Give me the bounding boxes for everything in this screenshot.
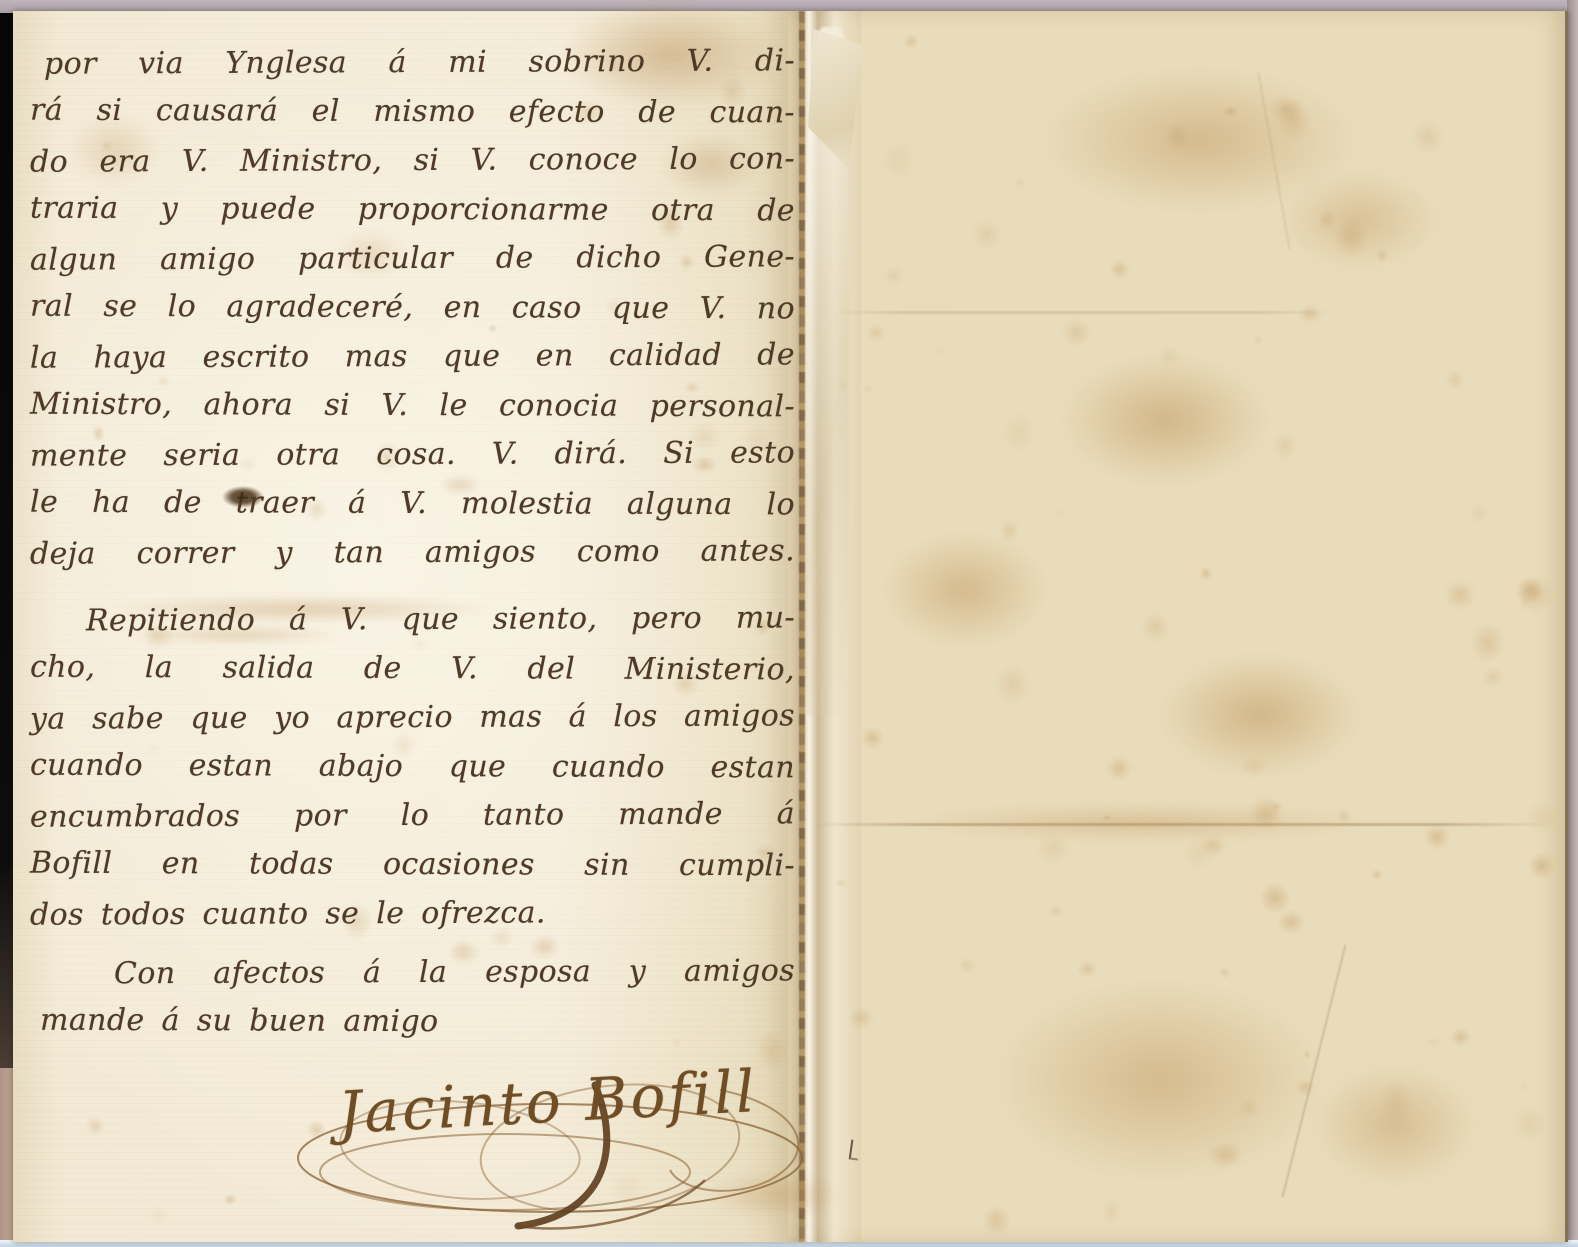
letter-scan: por via Ynglesa á mi sobrino V. di-rá si… [0, 0, 1578, 1247]
letter-line: cho, la salida de V. del Ministerio, [30, 643, 795, 695]
letter-line: cuando estan abajo que cuando estan [30, 741, 795, 793]
letter-line: do era V. Ministro, si V. conoce lo con- [30, 134, 795, 186]
horizontal-crease [813, 823, 1553, 826]
scan-background-right [1567, 0, 1578, 1247]
letter-line: algun amigo particular de dicho Gene- [30, 232, 795, 284]
letter-line: por via Ynglesa á mi sobrino V. di- [30, 36, 795, 88]
letter-line: Con afectos á la esposa y amigos [30, 946, 795, 998]
letter-line: ya sabe que yo aprecio mas á los amigos [30, 691, 795, 743]
horizontal-crease-faint [833, 311, 1333, 314]
letter-line: encumbrados por lo tanto mande á [30, 789, 795, 841]
letter-text: por via Ynglesa á mi sobrino V. di-rá si… [30, 38, 795, 1046]
letter-line: rá si causará el mismo efecto de cuan- [30, 86, 795, 138]
letter-line: traria y puede proporcionarme otra de [30, 184, 795, 236]
signature-block: Jacinto Bofill [250, 1030, 850, 1242]
letter-page-right [788, 11, 1568, 1242]
letter-line: le ha de traer á V. molestia alguna lo [30, 478, 795, 530]
letter-paragraph: Repitiendo á V. que siento, pero mu-cho,… [30, 595, 795, 938]
letter-line: la haya escrito mas que en calidad de [30, 330, 795, 382]
letter-line: Repitiendo á V. que siento, pero mu- [30, 593, 795, 645]
letter-line: deja correr y tan amigos como antes. [30, 526, 795, 578]
letter-line: ral se lo agradeceré, en caso que V. no [30, 282, 795, 334]
letter-paragraph: por via Ynglesa á mi sobrino V. di-rá si… [30, 38, 795, 577]
letter-line: Ministro, ahora si V. le conocia persona… [30, 380, 795, 432]
scan-background-left [0, 13, 13, 1068]
letter-line: dos todos cuanto se le ofrezca. [30, 887, 795, 939]
ink-blot [222, 486, 264, 508]
letter-line: Bofill en todas ocasiones sin cumpli- [30, 839, 795, 891]
letter-line: mente seria otra cosa. V. dirá. Si esto [30, 428, 795, 480]
